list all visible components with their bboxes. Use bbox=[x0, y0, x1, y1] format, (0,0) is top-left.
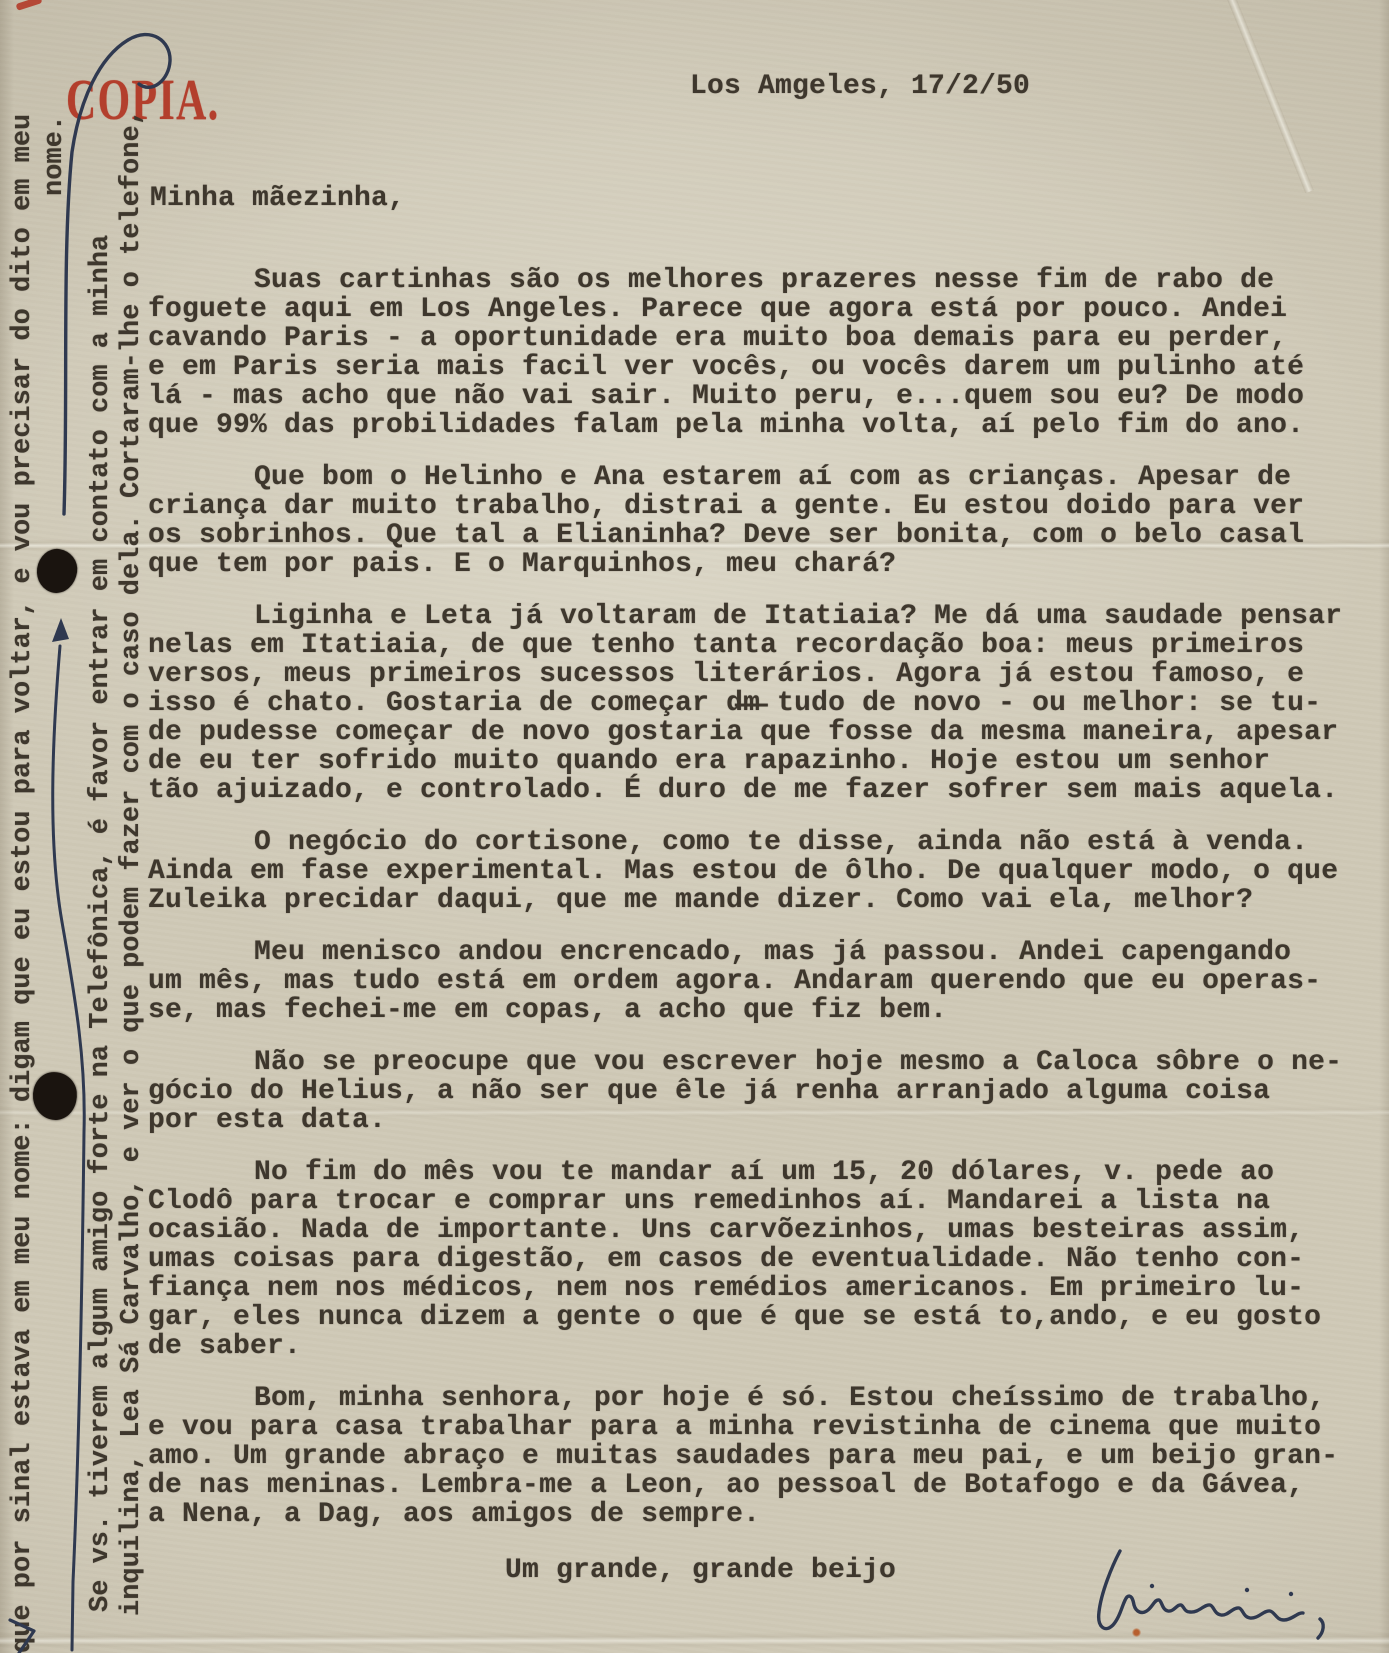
letter-paragraph: O negócio do cortisone, como te disse, a… bbox=[148, 828, 1389, 915]
letter-paragraph: Que bom o Helinho e Ana estarem aí com a… bbox=[148, 463, 1389, 579]
letter-paragraph: Suas cartinhas são os melhores prazeres … bbox=[148, 266, 1389, 440]
letter-paragraph: Bom, minha senhora, por hoje é só. Estou… bbox=[148, 1384, 1389, 1529]
letter-paragraph: Meu menisco andou encrencado, mas já pas… bbox=[148, 938, 1389, 1025]
letter-paragraph: No fim do mês vou te mandar aí um 15, 20… bbox=[148, 1158, 1389, 1361]
letter-body: Suas cartinhas são os melhores prazeres … bbox=[148, 266, 1389, 1552]
letter-paragraph: Liginha e Leta já voltaram de Itatiaia? … bbox=[148, 602, 1389, 805]
rust-stain bbox=[1132, 1628, 1141, 1637]
letter-paragraph: Não se preocupe que vou escrever hoje me… bbox=[148, 1048, 1389, 1135]
margin-note-line: que por sinal estava em meu nome: digam … bbox=[8, 114, 39, 1653]
margin-note-line: inquilina, Lea Sá Carvalho, e ver o que … bbox=[117, 109, 148, 1616]
dateline: Los Amgeles, 17/2/50 bbox=[690, 72, 1030, 101]
margin-note-line: Se vs. tiverem algum amigo forte na Tele… bbox=[86, 235, 117, 1612]
letter-scan-page: { "colors": { "paper": "#cfc9b7", "typew… bbox=[0, 0, 1389, 1653]
margin-note-line: nome. bbox=[40, 115, 71, 196]
salutation: Minha mãezinha, bbox=[150, 184, 405, 213]
closing-line: Um grande, grande beijo bbox=[505, 1556, 896, 1585]
